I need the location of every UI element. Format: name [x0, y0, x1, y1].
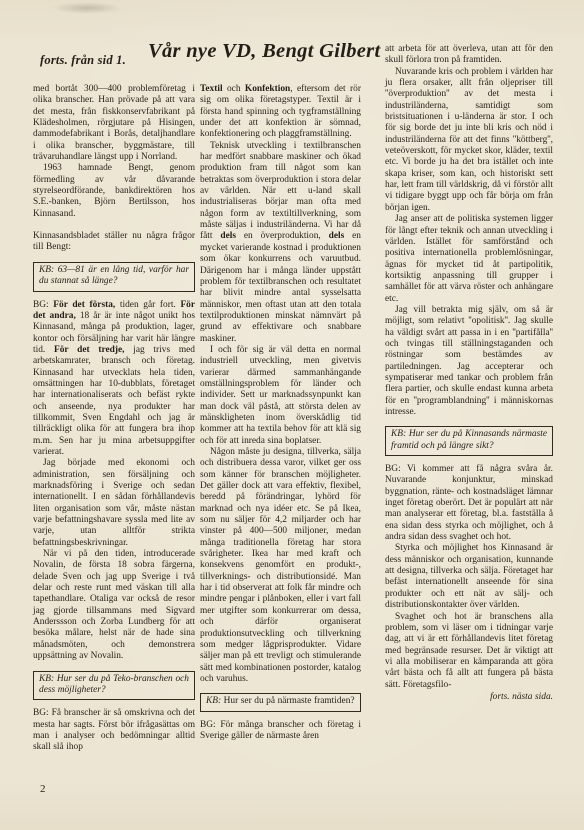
paragraph: Jag anser att de politiska systemen ligg… [385, 214, 553, 305]
paragraph: BG: För många branscher och företag i Sv… [200, 720, 361, 743]
paragraph: Jag började med ekonomi och administrati… [33, 458, 195, 549]
paragraph: 1963 hamnade Bengt, genom förmedling av … [33, 163, 195, 220]
page-number: 2 [40, 783, 46, 795]
text-column-2: Textil och Konfektion, eftersom det rör … [200, 84, 361, 742]
article-title: Vår nye VD, Bengt Gilbert [148, 40, 380, 63]
continuation-note-bottom: forts. nästa sida. [385, 692, 553, 703]
paragraph: I och för sig är väl detta en normal ind… [200, 345, 361, 447]
paragraph: Svaghet och hot är branschens alla probl… [385, 612, 553, 691]
text-column-3: att arbeta för att överleva, utan att fö… [385, 44, 553, 703]
paragraph: Kinnasandsbladet ställer nu några frågor… [33, 231, 195, 254]
interview-question-box: KB: Hur ser du på närmaste framtiden? [200, 693, 361, 711]
interview-question-box: KB: Hur ser du på Teko-branschen och des… [33, 671, 195, 701]
scanned-magazine-page: forts. från sid 1. Vår nye VD, Bengt Gil… [0, 0, 584, 830]
paragraph: Teknisk utveckling i textilbranschen har… [200, 141, 361, 345]
paragraph: BG: För det första, tiden går fort. För … [33, 300, 195, 459]
paragraph: BG: Vi kommer att få några svåra år. Nuv… [385, 464, 553, 543]
paragraph: Styrka och möjlighet hos Kinnasand är de… [385, 543, 553, 611]
paragraph: BG: Få branscher är så omskrivna och det… [33, 708, 195, 753]
continuation-note-top: forts. från sid 1. [40, 53, 126, 68]
paragraph: med bortåt 300—400 problemföretag i olik… [33, 84, 195, 163]
paragraph: Textil och Konfektion, eftersom det rör … [200, 84, 361, 141]
paragraph: När vi på den tiden, introducerade Noval… [33, 549, 195, 662]
paragraph: Någon måste ju designa, tillverka, sälja… [200, 447, 361, 685]
interview-question-box: KB: 63—81 är en lång tid, varför har du … [33, 262, 195, 292]
paragraph: att arbeta för att överleva, utan att fö… [385, 44, 553, 67]
paragraph: Nuvarande kris och problem i världen har… [385, 67, 553, 214]
paragraph: Jag vill betrakta mig själv, om så är mö… [385, 305, 553, 418]
interview-question-box: KB: Hur ser du på Kinnasands närmaste fr… [385, 426, 553, 456]
scan-smudge [52, 2, 122, 14]
text-column-1: med bortåt 300—400 problemföretag i olik… [33, 84, 195, 754]
